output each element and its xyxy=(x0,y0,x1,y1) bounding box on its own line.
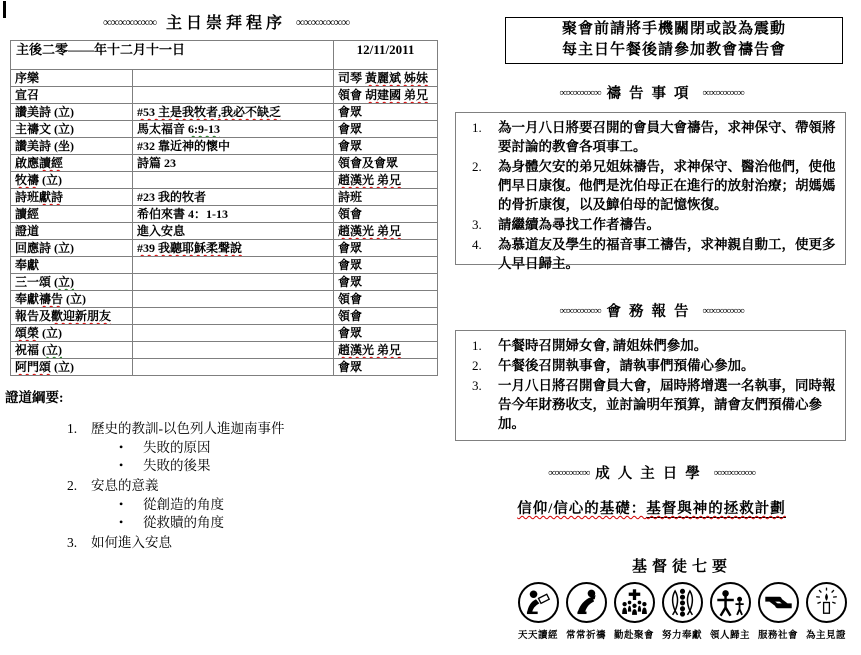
text-segment: 趙漢光 弟兄 xyxy=(338,343,401,357)
text-segment: 進入安息 xyxy=(137,224,185,238)
text-segment: 希伯來書 4：1-13 xyxy=(137,207,228,221)
text-segment: 趙漢光 弟兄 xyxy=(338,224,401,238)
program-who-cell: 詩班 xyxy=(334,189,438,206)
text-segment: 會眾 xyxy=(338,326,362,340)
program-who-cell: 領會 xyxy=(334,308,438,325)
program-who-cell: 會眾 xyxy=(334,257,438,274)
program-item-cell: 報告及歡迎新朋友 xyxy=(11,308,133,325)
table-row: 回應詩 (立)#39 我聽耶穌柔聲說會眾 xyxy=(11,240,438,257)
program-content-cell xyxy=(133,325,334,342)
seven-essentials-title: 基督徒七要 xyxy=(513,555,851,576)
bullet-icon: • xyxy=(119,457,123,474)
text-segment: 宣召 xyxy=(15,88,39,102)
program-item-cell: 主禱文 (立) xyxy=(11,121,133,138)
outline-sub-item: •失敗的後果 xyxy=(5,457,445,474)
ornament-right: ∞∞∞∞∞∞ xyxy=(703,87,744,99)
text-segment: 讚美詩 (坐) xyxy=(15,139,74,153)
text-segment: 報告及 xyxy=(15,309,51,323)
essential-label: 領人歸主 xyxy=(707,627,753,641)
program-who-cell: 趙漢光 弟兄 xyxy=(334,172,438,189)
prayer-item-number: 3. xyxy=(472,215,482,234)
text-segment: 領會及會眾 xyxy=(338,156,398,170)
page-title: 主日崇拜程序 xyxy=(166,15,286,32)
seven-essentials-icons: 天天讀經常常祈禱勤赴聚會努力奉獻領人歸主服務社會為主見證 xyxy=(513,582,851,641)
read-bible-icon xyxy=(518,582,559,623)
outline-sub-text: 失敗的後果 xyxy=(143,458,211,473)
program-item-cell: 讚美詩 (立) xyxy=(11,104,133,121)
program-content-cell xyxy=(133,257,334,274)
text-segment: 馬太福音 xyxy=(137,122,188,136)
text-segment: 會眾 xyxy=(338,360,362,374)
table-row: 報告及歡迎新朋友領會 xyxy=(11,308,438,325)
program-item-cell: 讚美詩 (坐) xyxy=(11,138,133,155)
text-segment: 序樂 xyxy=(15,71,39,85)
text-segment: 禱告 xyxy=(39,292,63,306)
text-segment: 會眾 xyxy=(338,105,362,119)
program-content-cell xyxy=(133,274,334,291)
essential-label: 為主見證 xyxy=(803,627,849,641)
prayer-item-text: 為慕道友及學生的福音事工禱告，求神親自動工，使更多人早日歸主。 xyxy=(498,237,836,271)
text-segment: (立) xyxy=(63,292,86,306)
sermon-outline: 證道綱要: 1.歷史的教訓-以色列人進迦南事件•失敗的原因•失敗的後果2.安息的… xyxy=(5,386,445,552)
offering-icon xyxy=(662,582,703,623)
text-segment: 獻詩 xyxy=(39,190,63,204)
prayer-items-header: ∞∞∞∞∞∞禱告事項∞∞∞∞∞∞ xyxy=(455,82,848,103)
table-row: 啟應讀經詩篇 23領會及會眾 xyxy=(11,155,438,172)
essential-label: 天天讀經 xyxy=(515,627,561,641)
text-segment: 胡建國 弟兄 xyxy=(365,88,428,102)
program-who-cell: 會眾 xyxy=(334,274,438,291)
prayer-item-text: 為身體欠安的弟兄姐妹禱告，求神保守、醫治他們，使他們早日康復。他們是沈伯母正在進… xyxy=(498,159,836,212)
program-item-cell: 回應詩 (立) xyxy=(11,240,133,257)
essential-item: 常常祈禱 xyxy=(563,582,609,641)
prayer-item: 2.為身體欠安的弟兄姐妹禱告，求神保守、醫治他們，使他們早日康復。他們是沈伯母正… xyxy=(456,157,841,214)
program-who-cell: 領會及會眾 xyxy=(334,155,438,172)
text-segment: 三一頌 xyxy=(15,275,54,289)
outline-item: 1.歷史的教訓-以色列人進迦南事件 xyxy=(5,420,445,438)
outline-item-number: 3. xyxy=(67,534,77,552)
program-content-cell xyxy=(133,359,334,376)
text-segment: 信仰/信心的基礎： xyxy=(517,501,646,517)
text-segment: (立) xyxy=(39,326,62,340)
date-value: 12/11/2011 xyxy=(334,41,438,70)
outline-sub-text: 從創造的角度 xyxy=(143,497,224,512)
bullet-icon: • xyxy=(119,514,123,531)
table-row: 主禱文 (立)馬太福音 6:9-13會眾 xyxy=(11,121,438,138)
essential-label: 服務社會 xyxy=(755,627,801,641)
text-segment: 趙漢光 弟兄 xyxy=(338,173,401,187)
outline-item-text: 安息的意義 xyxy=(91,478,159,493)
report-item: 3.一月八日將召開會員大會，屆時將增選一名執事，同時報告今年財務收支，並討論明年… xyxy=(456,376,841,433)
outline-sub-text: 從救贖的角度 xyxy=(143,515,224,530)
table-row: 讚美詩 (立)#53 主是我牧者,我必不缺乏會眾 xyxy=(11,104,438,121)
outline-sub-item: •從創造的角度 xyxy=(5,496,445,513)
essential-label: 常常祈禱 xyxy=(563,627,609,641)
program-content-cell xyxy=(133,70,334,87)
text-segment: 讀經 xyxy=(39,156,63,170)
prayer-item: 4.為慕道友及學生的福音事工禱告，求神親自動工，使更多人早日歸主。 xyxy=(456,235,841,273)
bulletin-page: ∞∞∞∞∞∞∞主日崇拜程序∞∞∞∞∞∞∞ 主後二零——年十二月十一日 12/11… xyxy=(0,0,861,655)
text-segment: 頌榮 xyxy=(15,326,39,340)
program-item-cell: 證道 xyxy=(11,223,133,240)
report-item-text: 一月八日將召開會員大會，屆時將增選一名執事，同時報告今年財務收支，並討論明年預算… xyxy=(498,378,836,431)
seven-essentials: 基督徒七要 天天讀經常常祈禱勤赴聚會努力奉獻領人歸主服務社會為主見證 xyxy=(513,555,851,641)
bullet-icon: • xyxy=(119,496,123,513)
text-segment: 6:9-13 xyxy=(188,122,220,136)
text-segment: 讀經 xyxy=(15,207,39,221)
table-row: 三一頌 (立)會眾 xyxy=(11,274,438,291)
sunday-school-topic: 信仰/信心的基礎：基督與神的拯救計劃 xyxy=(455,497,848,518)
text-segment: 讚美詩 (立) xyxy=(15,105,74,119)
table-row: 詩班獻詩#23 我的牧者詩班 xyxy=(11,189,438,206)
text-segment: 詩班 xyxy=(338,190,362,204)
outline-item: 2.安息的意義 xyxy=(5,477,445,495)
essential-item: 努力奉獻 xyxy=(659,582,705,641)
program-content-cell: 馬太福音 6:9-13 xyxy=(133,121,334,138)
prayer-item: 3.請繼續為尋找工作者禱告。 xyxy=(456,215,841,234)
text-segment: 領會 xyxy=(338,88,365,102)
witness-icon xyxy=(806,582,847,623)
text-segment: 司琴 xyxy=(338,71,365,85)
outline-item: 3.如何進入安息 xyxy=(5,534,445,552)
ornament-left: ∞∞∞∞∞∞∞ xyxy=(103,15,156,29)
prayer-item-number: 1. xyxy=(472,118,482,137)
prayer-item-number: 4. xyxy=(472,235,482,254)
program-content-cell: 詩篇 23 xyxy=(133,155,334,172)
text-segment: (立) xyxy=(42,343,62,357)
program-content-cell xyxy=(133,342,334,359)
table-row: 阿門頌 (立)會眾 xyxy=(11,359,438,376)
report-item-text: 午餐時召開婦女會, 請姐妹們參加。 xyxy=(498,338,707,353)
essential-item: 天天讀經 xyxy=(515,582,561,641)
notice-line-1: 聚會前請將手機關閉或設為震動 xyxy=(506,19,842,40)
church-report-title: 會務報告 xyxy=(607,304,697,320)
text-segment: 奉獻 xyxy=(15,292,39,306)
essential-item: 為主見證 xyxy=(803,582,849,641)
text-segment: 歡迎新朋友 xyxy=(51,309,111,323)
essential-label: 努力奉獻 xyxy=(659,627,705,641)
text-segment: 領會 xyxy=(338,207,362,221)
program-who-cell: 會眾 xyxy=(334,325,438,342)
text-segment: 會眾 xyxy=(338,275,362,289)
text-segment: 黃麗斌 姊妹 xyxy=(365,71,428,85)
program-item-cell: 牧禱 (立) xyxy=(11,172,133,189)
sermon-outline-heading: 證道綱要: xyxy=(5,386,445,406)
ornament-left: ∞∞∞∞∞∞ xyxy=(559,87,600,99)
text-segment: 證道 xyxy=(15,224,39,238)
prayer-items-title: 禱告事項 xyxy=(607,86,697,102)
table-row: 讀經希伯來書 4：1-13領會 xyxy=(11,206,438,223)
report-item-number: 3. xyxy=(472,376,482,395)
outline-item-text: 歷史的教訓-以色列人進迦南事件 xyxy=(91,421,285,436)
ornament-right: ∞∞∞∞∞∞∞ xyxy=(296,15,349,29)
table-row: 讚美詩 (坐)#32 靠近神的懷中會眾 xyxy=(11,138,438,155)
program-who-cell: 趙漢光 弟兄 xyxy=(334,342,438,359)
ornament-right: ∞∞∞∞∞∞ xyxy=(714,467,755,479)
text-segment: 領會 xyxy=(338,309,362,323)
text-segment: 祝福 xyxy=(15,343,42,357)
text-segment: 回應詩 (立) xyxy=(15,241,74,255)
table-row: 證道進入安息趙漢光 弟兄 xyxy=(11,223,438,240)
outline-sub-item: •從救贖的角度 xyxy=(5,514,445,531)
program-who-cell: 會眾 xyxy=(334,138,438,155)
program-item-cell: 阿門頌 (立) xyxy=(11,359,133,376)
text-segment: (立) xyxy=(39,173,62,187)
program-who-cell: 會眾 xyxy=(334,104,438,121)
text-segment: #32 靠近神的懷中 xyxy=(137,139,230,153)
program-content-cell: 希伯來書 4：1-13 xyxy=(133,206,334,223)
program-item-cell: 啟應讀經 xyxy=(11,155,133,172)
program-who-cell: 會眾 xyxy=(334,121,438,138)
essential-item: 勤赴聚會 xyxy=(611,582,657,641)
report-item-number: 2. xyxy=(472,356,482,375)
outline-sub-item: •失敗的原因 xyxy=(5,439,445,456)
serve-society-icon xyxy=(758,582,799,623)
table-header-row: 主後二零——年十二月十一日 12/11/2011 xyxy=(11,41,438,70)
notice-box: 聚會前請將手機關閉或設為震動 每主日午餐後請參加教會禱告會 xyxy=(505,17,843,64)
program-item-cell: 頌榮 (立) xyxy=(11,325,133,342)
sunday-school-title: 成人主日學 xyxy=(595,466,708,482)
program-who-cell: 趙漢光 弟兄 xyxy=(334,223,438,240)
outline-sub-text: 失敗的原因 xyxy=(143,440,211,455)
report-item: 1.午餐時召開婦女會, 請姐妹們參加。 xyxy=(456,336,841,355)
essential-item: 服務社會 xyxy=(755,582,801,641)
program-who-cell: 領會 胡建國 弟兄 xyxy=(334,87,438,104)
sermon-outline-list: 1.歷史的教訓-以色列人進迦南事件•失敗的原因•失敗的後果2.安息的意義•從創造… xyxy=(5,420,445,552)
pray-icon xyxy=(566,582,607,623)
report-item-text: 午餐後召開執事會，請執事們預備心參加。 xyxy=(498,358,755,373)
text-segment: 啟應 xyxy=(15,156,39,170)
program-who-cell: 會眾 xyxy=(334,359,438,376)
text-segment: 會眾 xyxy=(338,139,362,153)
program-item-cell: 宣召 xyxy=(11,87,133,104)
text-segment: 基督與神的拯救計劃 xyxy=(646,501,786,518)
notice-line-2: 每主日午餐後請參加教會禱告會 xyxy=(506,40,842,61)
program-content-cell xyxy=(133,308,334,325)
program-content-cell: 進入安息 xyxy=(133,223,334,240)
outline-item-text: 如何進入安息 xyxy=(91,535,172,550)
prayer-item-text: 請繼續為尋找工作者禱告。 xyxy=(498,217,660,232)
program-item-cell: 奉獻 xyxy=(11,257,133,274)
table-row: 祝福 (立)趙漢光 弟兄 xyxy=(11,342,438,359)
essential-label: 勤赴聚會 xyxy=(611,627,657,641)
program-item-cell: 讀經 xyxy=(11,206,133,223)
text-segment: 阿門頌 xyxy=(15,360,51,374)
program-who-cell: 領會 xyxy=(334,291,438,308)
church-report-header: ∞∞∞∞∞∞會務報告∞∞∞∞∞∞ xyxy=(455,300,848,321)
text-segment: 領會 xyxy=(338,292,362,306)
table-row: 宣召領會 胡建國 弟兄 xyxy=(11,87,438,104)
text-segment: 詩篇 23 xyxy=(137,156,176,170)
text-segment: #53 主是我牧者,我必不缺乏 xyxy=(137,105,281,119)
program-item-cell: 三一頌 (立) xyxy=(11,274,133,291)
table-row: 牧禱 (立)趙漢光 弟兄 xyxy=(11,172,438,189)
text-segment: 會眾 xyxy=(338,258,362,272)
table-row: 奉獻會眾 xyxy=(11,257,438,274)
program-content-cell xyxy=(133,87,334,104)
text-segment: 牧禱 xyxy=(15,173,39,187)
prayer-item-number: 2. xyxy=(472,157,482,176)
text-segment: 詩班 xyxy=(15,190,39,204)
program-content-cell: #53 主是我牧者,我必不缺乏 xyxy=(133,104,334,121)
church-report-box: 1.午餐時召開婦女會, 請姐妹們參加。2.午餐後召開執事會，請執事們預備心參加。… xyxy=(455,330,846,441)
ornament-right: ∞∞∞∞∞∞ xyxy=(703,305,744,317)
program-content-cell: #32 靠近神的懷中 xyxy=(133,138,334,155)
program-who-cell: 司琴 黃麗斌 姊妹 xyxy=(334,70,438,87)
program-content-cell xyxy=(133,172,334,189)
text-segment: #23 我的牧者 xyxy=(137,190,206,204)
program-who-cell: 領會 xyxy=(334,206,438,223)
date-line: 主後二零——年十二月十一日 xyxy=(11,41,334,70)
outline-item-number: 1. xyxy=(67,420,77,438)
worship-program-title: ∞∞∞∞∞∞∞主日崇拜程序∞∞∞∞∞∞∞ xyxy=(0,10,452,33)
outline-item-number: 2. xyxy=(67,477,77,495)
attend-meetings-icon xyxy=(614,582,655,623)
text-segment: (立) xyxy=(54,275,74,289)
text-segment: 會眾 xyxy=(338,122,362,136)
program-item-cell: 祝福 (立) xyxy=(11,342,133,359)
program-item-cell: 序樂 xyxy=(11,70,133,87)
essential-item: 領人歸主 xyxy=(707,582,753,641)
lead-to-christ-icon xyxy=(710,582,751,623)
text-segment: 主禱文 (立) xyxy=(15,122,74,136)
sunday-school-header: ∞∞∞∞∞∞成人主日學∞∞∞∞∞∞ xyxy=(455,462,848,483)
prayer-item: 1.為一月八日將要召開的會員大會禱告，求神保守、帶領將要討論的教會各項事工。 xyxy=(456,118,841,156)
report-item: 2.午餐後召開執事會，請執事們預備心參加。 xyxy=(456,356,841,375)
text-segment: (立) xyxy=(51,360,74,374)
program-item-cell: 奉獻禱告 (立) xyxy=(11,291,133,308)
program-item-cell: 詩班獻詩 xyxy=(11,189,133,206)
program-content-cell: #23 我的牧者 xyxy=(133,189,334,206)
table-row: 頌榮 (立)會眾 xyxy=(11,325,438,342)
ornament-left: ∞∞∞∞∞∞ xyxy=(559,305,600,317)
table-row: 奉獻禱告 (立)領會 xyxy=(11,291,438,308)
text-segment: 奉獻 xyxy=(15,258,39,272)
prayer-items-box: 1.為一月八日將要召開的會員大會禱告，求神保守、帶領將要討論的教會各項事工。2.… xyxy=(455,112,846,265)
bullet-icon: • xyxy=(119,439,123,456)
prayer-item-text: 為一月八日將要召開的會員大會禱告，求神保守、帶領將要討論的教會各項事工。 xyxy=(498,120,836,154)
table-row: 序樂司琴 黃麗斌 姊妹 xyxy=(11,70,438,87)
text-segment: #39 我聽耶穌柔聲說 xyxy=(137,241,242,255)
program-content-cell: #39 我聽耶穌柔聲說 xyxy=(133,240,334,257)
ornament-left: ∞∞∞∞∞∞ xyxy=(548,467,589,479)
program-content-cell xyxy=(133,291,334,308)
worship-program-table: 主後二零——年十二月十一日 12/11/2011 序樂司琴 黃麗斌 姊妹宣召領會… xyxy=(10,40,438,376)
text-segment: 會眾 xyxy=(338,241,362,255)
report-item-number: 1. xyxy=(472,336,482,355)
program-who-cell: 會眾 xyxy=(334,240,438,257)
